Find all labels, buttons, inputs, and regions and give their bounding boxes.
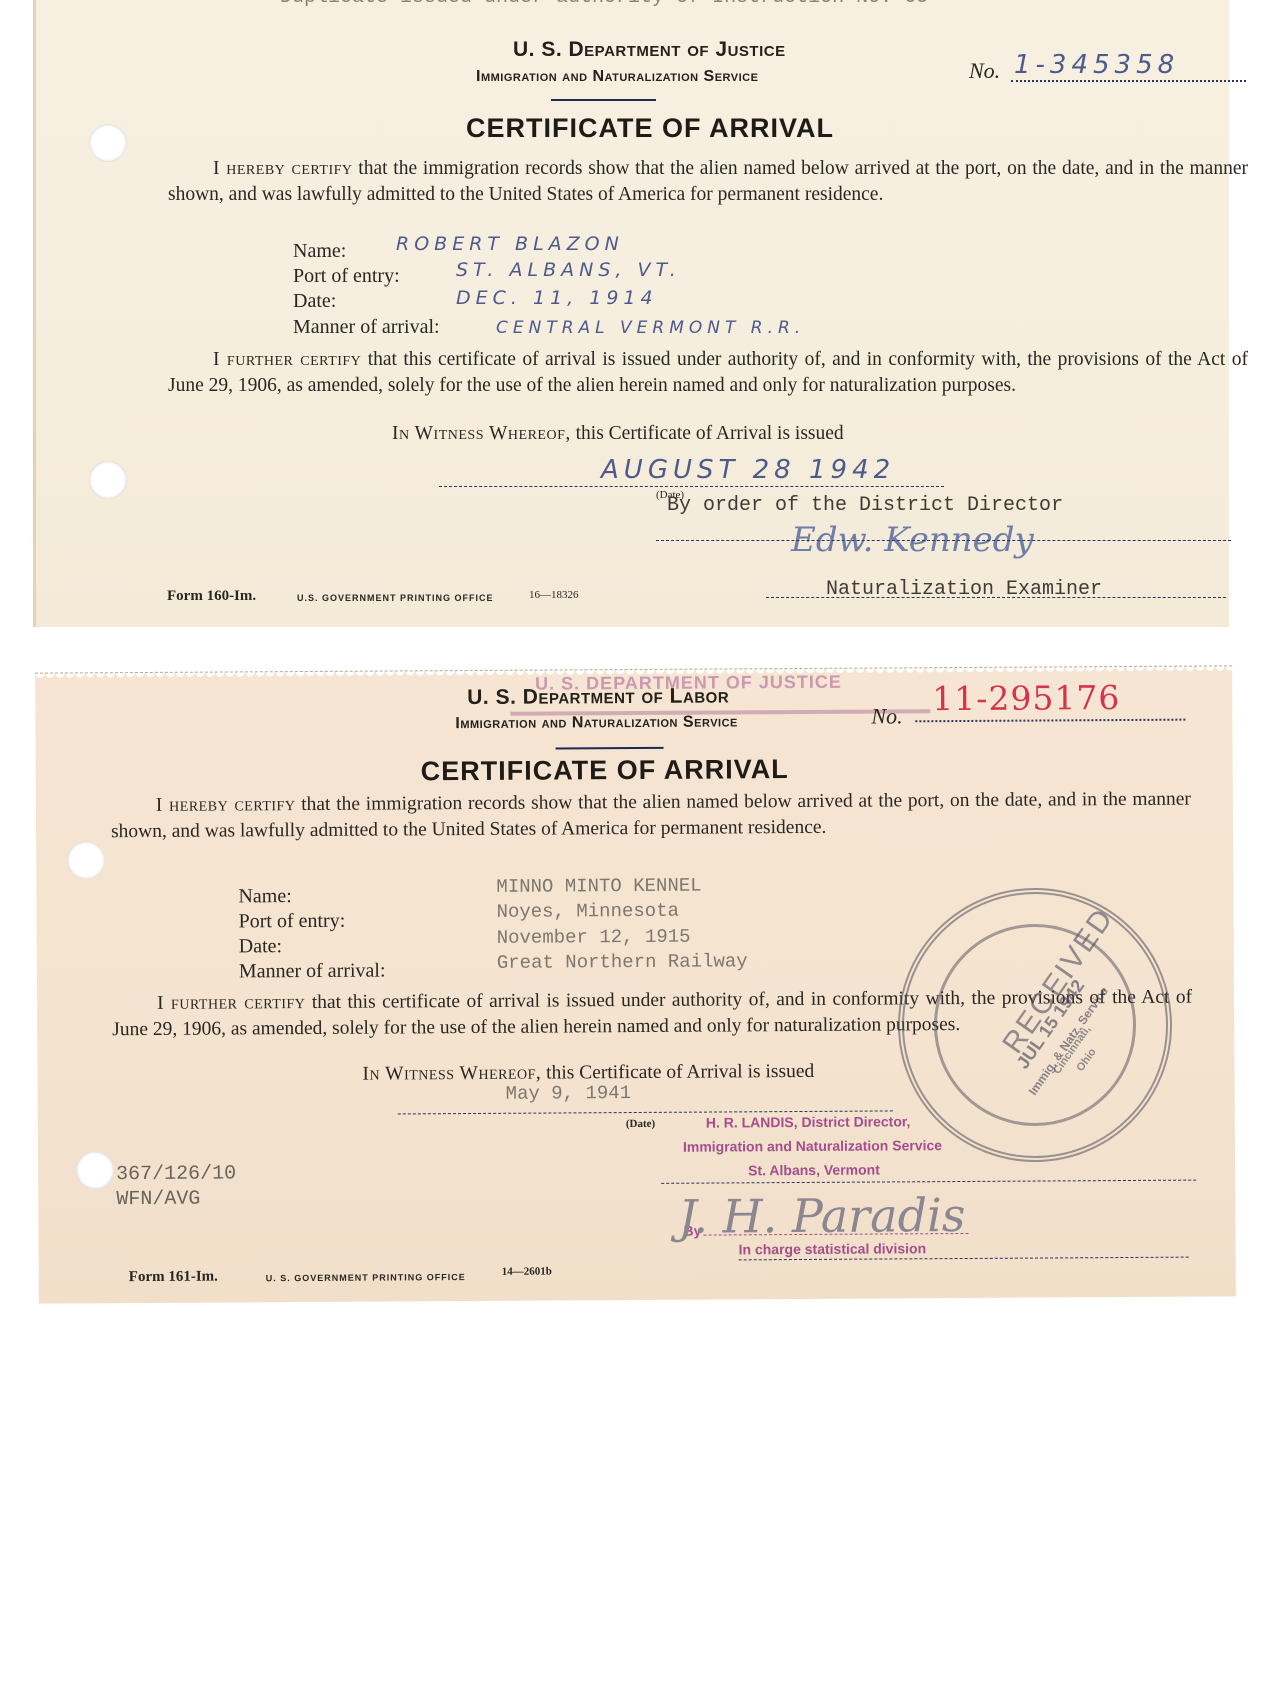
print-code: 14—2601b (502, 1266, 552, 1278)
date-value: DEC. 11, 1914 (456, 287, 658, 309)
order-line: By order of the District Director (667, 494, 1063, 517)
signer-title: In charge statistical division (739, 1240, 927, 1257)
issue-date: AUGUST 28 1942 (601, 455, 895, 485)
date-caption: (Date) (626, 1118, 655, 1130)
print-code: 16—18326 (529, 589, 579, 601)
file-reference-2: WFN/AVG (116, 1188, 200, 1212)
duplicate-note: Duplicate issued under authority of Inst… (280, 0, 928, 9)
witness-text: this Certificate of Arrival is issued (571, 423, 844, 444)
title-line (739, 1257, 1189, 1261)
number-line (915, 719, 1185, 723)
punch-hole (76, 1151, 114, 1189)
director-stamp-line2: Immigration and Naturalization Service (683, 1137, 942, 1155)
port-value: Noyes, Minnesota (496, 900, 679, 923)
punch-hole (67, 841, 105, 879)
certify-paragraph: I hereby certify that the immigration re… (111, 787, 1191, 846)
date-label: Date: (239, 935, 282, 958)
name-value: ROBERT BLAZON (396, 233, 624, 255)
certify-lead: I hereby certify (213, 158, 353, 179)
number-label: No. (871, 703, 902, 729)
date-line (439, 486, 944, 487)
form-id: Form 161-Im. (129, 1269, 218, 1287)
title-line (766, 597, 1226, 598)
director-stamp-line3: St. Albans, Vermont (748, 1162, 880, 1179)
form-id: Form 160-Im. (167, 588, 256, 605)
manner-label: Manner of arrival: (239, 960, 386, 984)
director-line (661, 1180, 1196, 1184)
manner-label: Manner of arrival: (293, 316, 440, 339)
certify-lead: I hereby certify (156, 794, 296, 816)
department-name: U. S. Department of Labor (467, 684, 729, 710)
certificate-title: CERTIFICATE OF ARRIVAL (466, 113, 834, 144)
port-label: Port of entry: (239, 910, 346, 934)
punch-hole (89, 124, 127, 162)
manner-value: CENTRAL VERMONT R.R. (496, 318, 805, 338)
port-label: Port of entry: (293, 265, 400, 288)
received-date-stamp: RECEIVED JUL 15 1942 Immig. & Natz. Serv… (898, 888, 1172, 1162)
further-lead: I further certify (213, 349, 361, 370)
issue-date: May 9, 1941 (506, 1082, 632, 1105)
certificate-number: 11-295176 (932, 678, 1120, 718)
service-name: Immigration and Naturalization Service (455, 713, 738, 733)
punch-hole (89, 461, 127, 499)
statistical-signature: J. H. Paradis (678, 1188, 965, 1244)
printer-line: U. S. GOVERNMENT PRINTING OFFICE (266, 1272, 466, 1283)
header-rule (551, 99, 656, 101)
port-value: ST. ALBANS, VT. (456, 259, 681, 281)
witness-lead: In Witness Whereof, (392, 423, 571, 444)
director-stamp-line1: H. R. LANDIS, District Director, (706, 1113, 911, 1130)
service-name: Immigration and Naturalization Service (476, 68, 758, 86)
manner-value: Great Northern Railway (497, 950, 748, 974)
number-line (1011, 80, 1246, 82)
certificate-of-arrival-1942: Duplicate issued under authority of Inst… (33, 0, 1229, 627)
department-name: U. S. Department of Justice (513, 38, 786, 62)
name-value: MINNO MINTO KENNEL (496, 875, 701, 898)
date-value: November 12, 1915 (497, 926, 691, 949)
date-label: Date: (293, 290, 336, 313)
certificate-number: 1-345358 (1014, 50, 1179, 80)
name-label: Name: (293, 240, 346, 263)
number-label: No. (969, 58, 1000, 84)
further-certify-paragraph: I further certify that this certificate … (168, 347, 1248, 399)
witness-text: this Certificate of Arrival is issued (541, 1061, 814, 1084)
name-label: Name: (238, 885, 291, 908)
certificate-title: CERTIFICATE OF ARRIVAL (421, 754, 789, 787)
certify-paragraph: I hereby certify that the immigration re… (168, 156, 1248, 208)
header-rule (556, 747, 664, 750)
witness-lead: In Witness Whereof, (362, 1063, 541, 1085)
printer-line: U.S. GOVERNMENT PRINTING OFFICE (297, 593, 494, 603)
file-reference-1: 367/126/10 (116, 1162, 236, 1186)
signature-line (656, 540, 1231, 541)
witness-line: In Witness Whereof, this Certificate of … (392, 423, 844, 445)
further-lead: I further certify (157, 992, 305, 1014)
